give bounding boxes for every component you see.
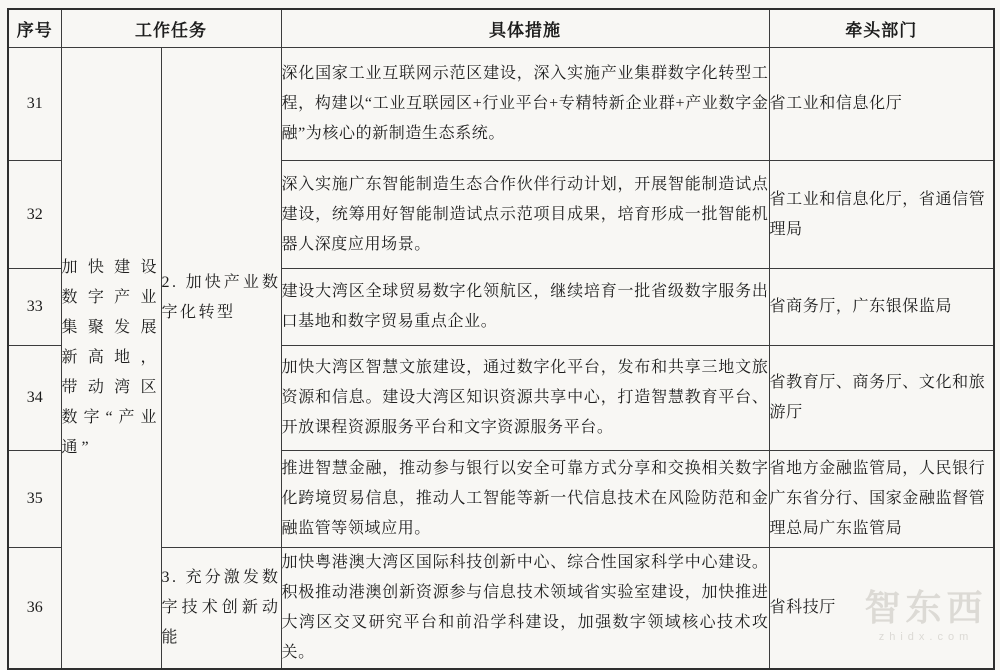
measure-cell: 深化国家工业互联网示范区建设，深入实施产业集群数字化转型工程，构建以“工业互联园… — [281, 48, 769, 161]
task-cell: 2. 加快产业数字化转型 — [161, 48, 281, 548]
measure-cell: 推进智慧金融，推动参与银行以安全可靠方式分享和交换相关数字化跨境贸易信息，推动人… — [281, 451, 769, 548]
header-work-task: 工作任务 — [61, 9, 281, 48]
lead-department-cell: 省教育厅、商务厅、文化和旅游厅 — [769, 346, 994, 451]
row-number: 32 — [8, 161, 61, 269]
lead-department-cell: 省工业和信息化厅，省通信管理局 — [769, 161, 994, 269]
task-cell: 3. 充分激发数字技术创新动能 — [161, 548, 281, 670]
header-specific-measures: 具体措施 — [281, 9, 769, 48]
lead-department-cell: 省工业和信息化厅 — [769, 48, 994, 161]
work-tasks-table: 序号 工作任务 具体措施 牵头部门 31 加快建设数字产业集聚发展新高地，带动湾… — [7, 8, 995, 670]
row-number: 31 — [8, 48, 61, 161]
task-group-cell: 加快建设数字产业集聚发展新高地，带动湾区数字“产业通” — [61, 48, 161, 670]
measure-cell: 深入实施广东智能制造生态合作伙伴行动计划，开展智能制造试点建设，统筹用好智能制造… — [281, 161, 769, 269]
row-number: 33 — [8, 269, 61, 346]
lead-department-cell: 省科技厅 — [769, 548, 994, 670]
measure-cell: 建设大湾区全球贸易数字化领航区，继续培育一批省级数字服务出口基地和数字贸易重点企… — [281, 269, 769, 346]
table-row: 31 加快建设数字产业集聚发展新高地，带动湾区数字“产业通” 2. 加快产业数字… — [8, 48, 994, 161]
row-number: 36 — [8, 548, 61, 670]
header-row: 序号 工作任务 具体措施 牵头部门 — [8, 9, 994, 48]
header-serial-number: 序号 — [8, 9, 61, 48]
header-lead-department: 牵头部门 — [769, 9, 994, 48]
measure-cell: 加快粤港澳大湾区国际科技创新中心、综合性国家科学中心建设。积极推动港澳创新资源参… — [281, 548, 769, 670]
row-number: 35 — [8, 451, 61, 548]
document-page: 序号 工作任务 具体措施 牵头部门 31 加快建设数字产业集聚发展新高地，带动湾… — [0, 0, 1000, 670]
lead-department-cell: 省地方金融监管局，人民银行广东省分行、国家金融监督管理总局广东监管局 — [769, 451, 994, 548]
lead-department-cell: 省商务厅，广东银保监局 — [769, 269, 994, 346]
measure-cell: 加快大湾区智慧文旅建设，通过数字化平台，发布和共享三地文旅资源和信息。建设大湾区… — [281, 346, 769, 451]
row-number: 34 — [8, 346, 61, 451]
